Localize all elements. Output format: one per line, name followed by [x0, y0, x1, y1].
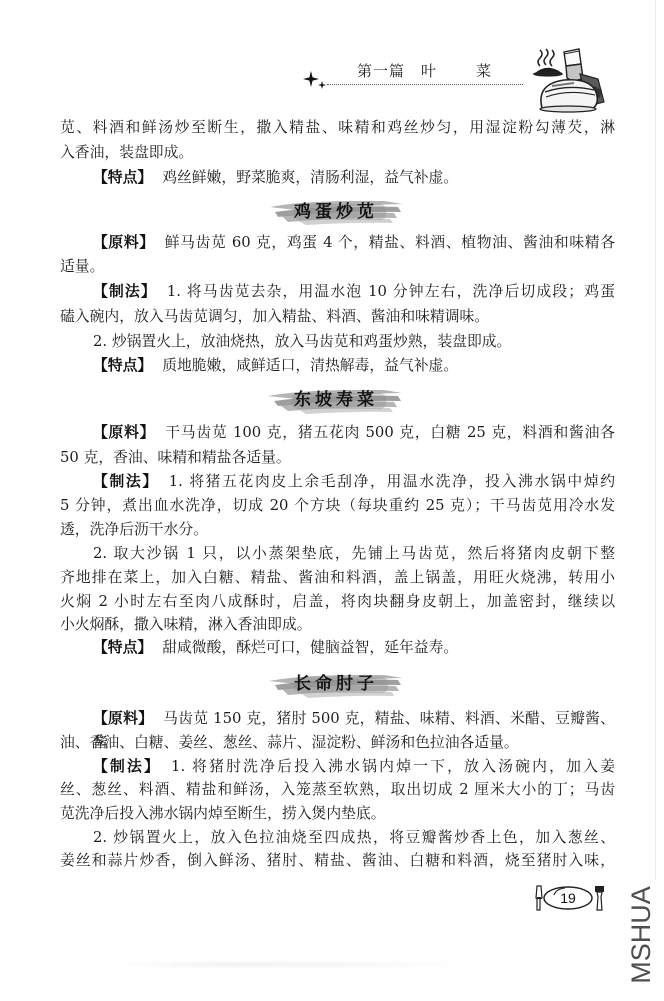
page-number: 19	[556, 889, 580, 907]
scan-bleed-through-artifact	[110, 962, 475, 967]
text-line: 磕入碗内，放入马齿苋调匀，加入精盐、料酒、酱油和味精调味。	[60, 305, 615, 329]
method-label: 【制法】	[93, 758, 161, 775]
text-line: 齐地排在菜上，加入白糖、精盐、酱油和料酒，盖上锅盖，用旺火烧沸，转用小	[60, 566, 615, 590]
recipe-title-text: 东坡寿菜	[266, 385, 406, 415]
text-line: 适量。	[60, 255, 615, 279]
text-line: 50 克，香油、味精和精盐各适量。	[60, 446, 615, 470]
method-label: 【制法】	[93, 283, 157, 300]
sparkle-stars-icon	[300, 70, 330, 94]
ingredients-label: 【原料】	[93, 234, 155, 251]
ingredients-paragraph: 【原料】鲜马齿苋 60 克，鸡蛋 4 个，精盐、料酒、植物油、酱油和味精各	[93, 231, 615, 255]
method-step-line: 2. 炒锅置火上，放入色拉油烧至四成热，将豆瓣酱炒香上色，加入葱丝、	[93, 826, 615, 850]
method-step-line: 2. 取大沙锅 1 只，以小蒸架垫底，先铺上马齿苋，然后将猪肉皮朝下整	[93, 542, 615, 566]
page-edge-line	[655, 0, 656, 880]
feature-paragraph: 【特点】鸡丝鲜嫩，野菜脆爽，清肠利湿，益气补虚。	[93, 166, 615, 190]
recipe-title-text: 鸡蛋炒苋	[266, 197, 406, 227]
feature-paragraph: 【特点】质地脆嫩，咸鲜适口，清热解毒，益气补虚。	[93, 354, 615, 378]
ingredients-text: 鲜马齿苋 60 克，鸡蛋 4 个，精盐、料酒、植物油、酱油和味精各	[165, 234, 615, 251]
method-text: 1. 将猪肘洗净后投入沸水锅内焯一下，放入汤碗内，加入姜	[171, 758, 615, 775]
method-paragraph: 【制法】1. 将马齿苋去杂，用温水泡 10 分钟左右，洗净后切成段；鸡蛋	[93, 280, 615, 304]
recipe-title: 东坡寿菜	[266, 385, 406, 415]
method-paragraph: 【制法】1. 将猪肘洗净后投入沸水锅内焯一下，放入汤碗内，加入姜	[93, 755, 615, 779]
running-head-part: 第一篇	[357, 62, 405, 80]
feature-text: 甜咸微酸，酥烂可口，健脑益智，延年益寿。	[162, 639, 458, 656]
watermark-text: MSHUA	[626, 880, 656, 990]
method-step-line: 2. 炒锅置火上，放油烧热，放入马齿苋和鸡蛋炒熟，装盘即成。	[93, 330, 615, 354]
ingredients-paragraph: 【原料】马齿苋 150 克，猪肘 500 克，精盐、味精、料酒、米醋、豆瓣酱、酱	[93, 707, 615, 731]
text-line: 5 分钟，煮出血水洗净，切成 20 个方块（每块重约 25 克）；干马齿苋用冷水…	[60, 494, 615, 518]
chef-with-pot-illustration-icon	[528, 46, 616, 118]
feature-label: 【特点】	[93, 169, 152, 186]
running-head-title-char: 叶	[421, 62, 436, 80]
text-line: 丝、葱丝、料酒、精盐和鲜汤，入笼蒸至软熟，取出切成 2 厘米大小的丁；马齿	[60, 778, 615, 802]
book-page: 第一篇 叶 菜 苋、料酒和鲜汤炒至断生，撒入精盐、味精和鸡丝炒匀，用湿淀粉勾薄芡…	[0, 0, 664, 1001]
method-paragraph: 【制法】1. 将猪五花肉皮上余毛刮净，用温水洗净，投入沸水锅中焯约	[93, 470, 615, 494]
feature-text: 质地脆嫩，咸鲜适口，清热解毒，益气补虚。	[162, 357, 458, 374]
method-text: 1. 将猪五花肉皮上余毛刮净，用温水洗净，投入沸水锅中焯约	[169, 473, 615, 490]
feature-paragraph: 【特点】甜咸微酸，酥烂可口，健脑益智，延年益寿。	[93, 636, 615, 660]
feature-label: 【特点】	[93, 357, 152, 374]
ingredients-label: 【原料】	[93, 424, 155, 441]
text-line: 小火焖酥，撒入味精，淋入香油即成。	[60, 613, 615, 637]
text-line: 透，洗净后沥干水分。	[60, 518, 615, 542]
feature-label: 【特点】	[93, 639, 152, 656]
running-head-title-char: 菜	[476, 62, 491, 80]
running-head-dotted-rule	[327, 84, 523, 85]
ingredients-text: 干马齿苋 100 克，猪五花肉 500 克，白糖 25 克，料酒和酱油各	[165, 424, 615, 441]
text-line: 入香油，装盘即成。	[60, 141, 615, 165]
recipe-title-text: 长命肘子	[266, 669, 406, 699]
text-line: 苋、料酒和鲜汤炒至断生，撒入精盐、味精和鸡丝炒匀，用湿淀粉勾薄芡，淋	[60, 116, 615, 140]
ingredients-paragraph: 【原料】干马齿苋 100 克，猪五花肉 500 克，白糖 25 克，料酒和酱油各	[93, 421, 615, 445]
text-line: 姜丝和蒜片炒香，倒入鲜汤、猪肘、精盐、酱油、白糖和料酒，烧至猪肘入味，	[60, 849, 615, 873]
recipe-title: 鸡蛋炒苋	[266, 197, 406, 227]
feature-text: 鸡丝鲜嫩，野菜脆爽，清肠利湿，益气补虚。	[162, 169, 458, 186]
method-label: 【制法】	[93, 473, 159, 490]
text-line: 火焖 2 小时左右至肉八成酥时，启盖，将肉块翻身皮朝上，加盖密封，继续以	[60, 590, 615, 614]
text-line: 苋洗净后投入沸水锅内焯至断生，捞入煲内垫底。	[60, 802, 615, 826]
method-text: 1. 将马齿苋去杂，用温水泡 10 分钟左右，洗净后切成段；鸡蛋	[167, 283, 615, 300]
text-line: 油、香油、白糖、姜丝、葱丝、蒜片、湿淀粉、鲜汤和色拉油各适量。	[60, 731, 615, 755]
ingredients-label: 【原料】	[93, 710, 153, 727]
recipe-title: 长命肘子	[266, 669, 406, 699]
